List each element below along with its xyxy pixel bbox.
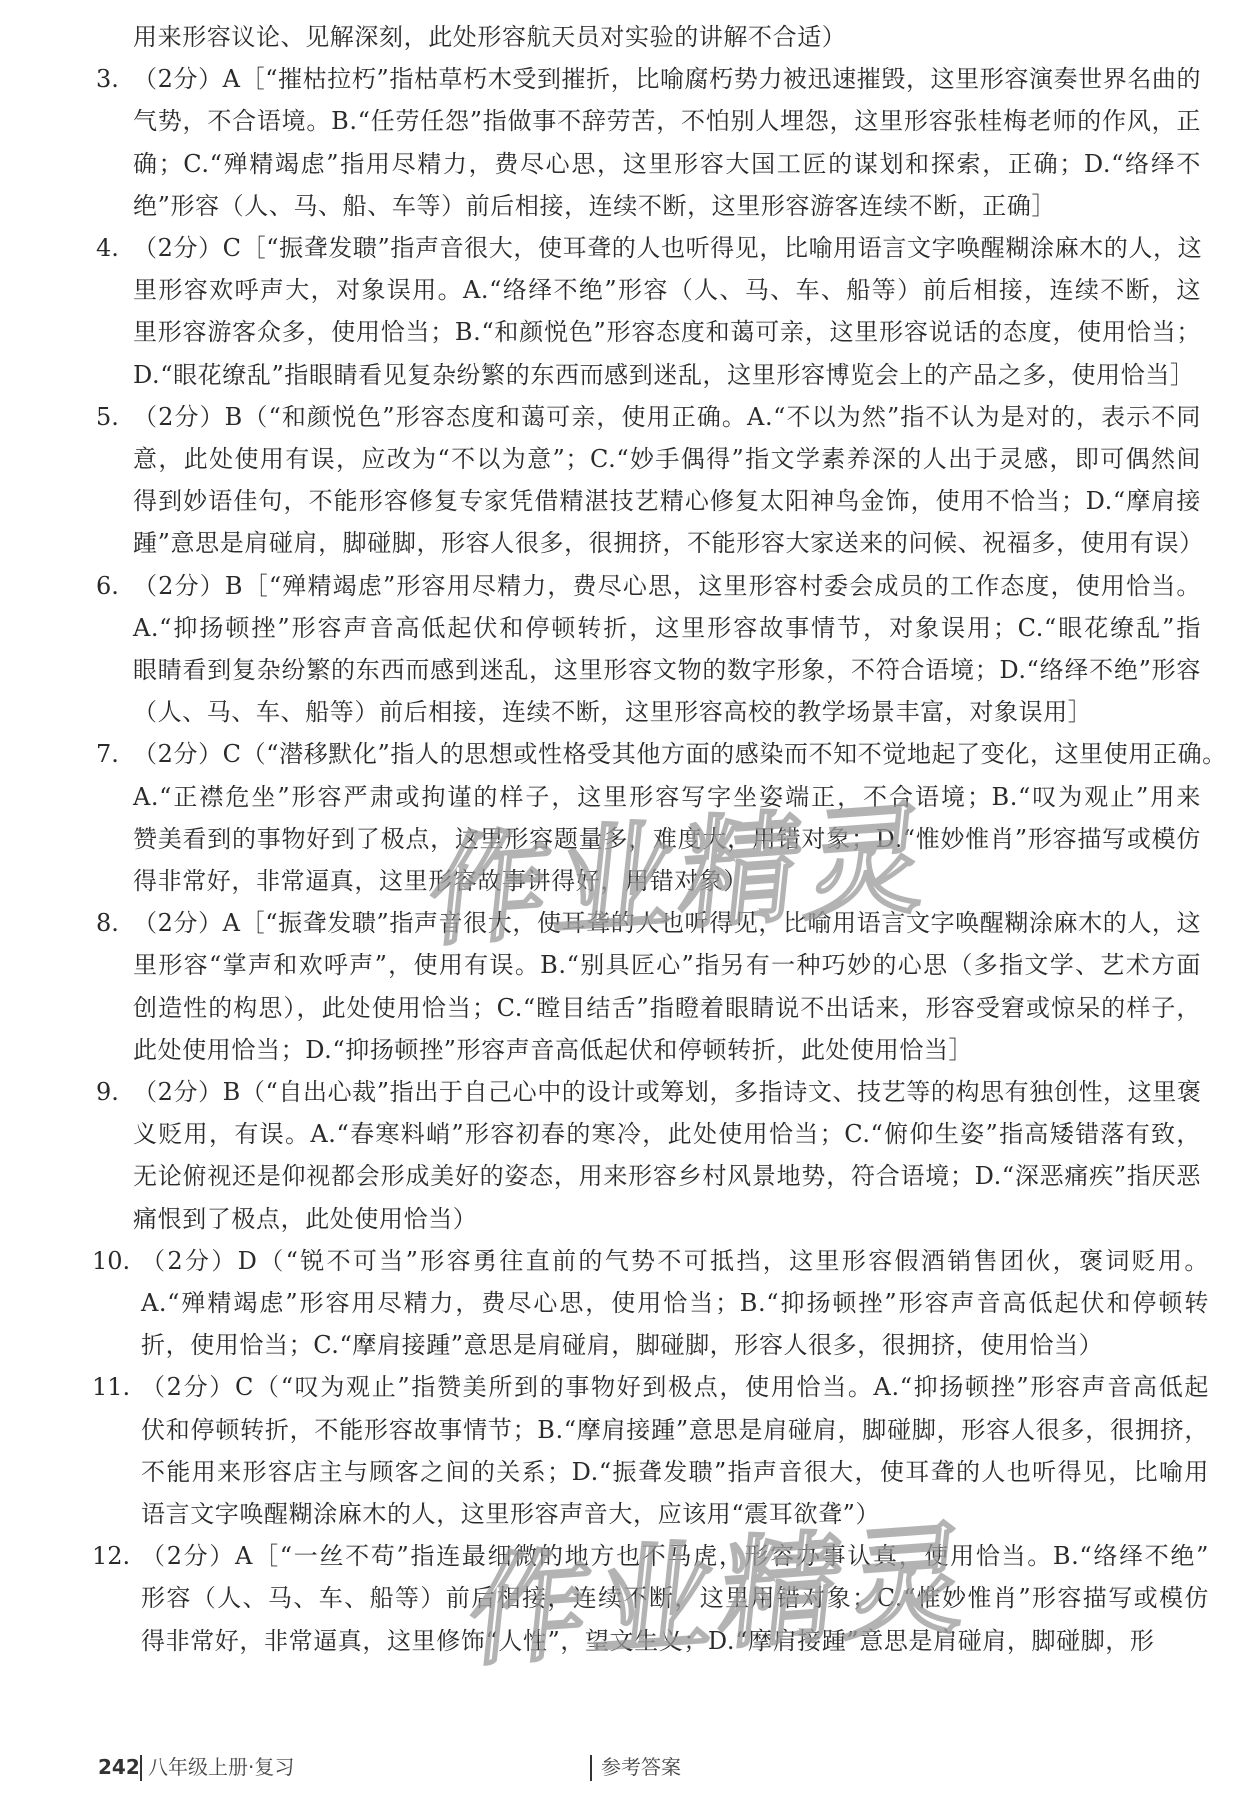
- answer-line: 赞美看到的事物好到了极点，这里形容题量多，难度大，用错对象；D.“惟妙惟肖”形容…: [133, 818, 1201, 860]
- item-number: 8.: [96, 902, 119, 944]
- item-number: 6.: [96, 565, 119, 607]
- answer-line: 里形容欢呼声大，对象误用。A.“络绎不绝”形容（人、马、车、船等）前后相接，连续…: [133, 269, 1201, 311]
- answer-line: 伏和停顿转折，不能形容故事情节；B.“摩肩接踵”意思是肩碰肩，脚碰脚，形容人很多…: [141, 1409, 1209, 1451]
- answer-line: （2分）D（“锐不可当”形容勇往直前的气势不可抵挡，这里形容假酒销售团伙，褒词贬…: [141, 1240, 1209, 1282]
- answer-line: 无论俯视还是仰视都会形成美好的姿态，用来形容乡村风景地势，符合语境；D.“深恶痛…: [133, 1155, 1201, 1197]
- answer-line: 创造性的构思），此处使用恰当；C.“瞠目结舌”指瞪着眼睛说不出话来，形容受窘或惊…: [133, 987, 1201, 1029]
- answer-line: （人、马、车、船等）前后相接，连续不断，这里形容高校的教学场景丰富，对象误用］: [133, 691, 1201, 733]
- answer-line: 眼睛看到复杂纷繁的东西而感到迷乱，这里形容文物的数字形象，不符合语境；D.“络绎…: [133, 649, 1201, 691]
- answer-line: 里形容游客众多，使用恰当；B.“和颜悦色”形容态度和蔼可亲，这里形容说话的态度，…: [133, 311, 1201, 353]
- answer-line: （2分）C（“叹为观止”指赞美所到的事物好到极点，使用恰当。A.“抑扬顿挫”形容…: [141, 1366, 1209, 1408]
- answer-line: 踵”意思是肩碰肩，脚碰脚，形容人很多，很拥挤，不能形容大家送来的问候、祝福多，使…: [133, 522, 1201, 564]
- item-number: 11.: [92, 1366, 130, 1408]
- item-number: 9.: [96, 1071, 119, 1113]
- answer-line: （2分）C［“振聋发聩”指声音很大，使耳聋的人也听得见，比喻用语言文字唤醒糊涂麻…: [133, 227, 1201, 269]
- answer-line: （2分）A［“摧枯拉朽”指枯草朽木受到摧折，比喻腐朽势力被迅速摧毁，这里形容演奏…: [133, 58, 1201, 100]
- answer-line: 确；C.“殚精竭虑”指用尽精力，费尽心思，这里形容大国工匠的谋划和探索，正确；D…: [133, 143, 1201, 185]
- item-number: 12.: [92, 1535, 130, 1577]
- item-number: 7.: [96, 733, 119, 775]
- footer-divider: [140, 1755, 142, 1781]
- answer-line: 折，使用恰当；C.“摩肩接踵”意思是肩碰肩，脚碰脚，形容人很多，很拥挤，使用恰当…: [141, 1324, 1209, 1366]
- answer-line: （2分）C（“潜移默化”指人的思想或性格受其他方面的感染而不知不觉地起了变化，这…: [133, 733, 1201, 775]
- footer-divider: [590, 1755, 592, 1781]
- answer-line: D.“眼花缭乱”指眼睛看见复杂纷繁的东西而感到迷乱，这里形容博览会上的产品之多，…: [133, 354, 1201, 396]
- answer-line: （2分）B［“殚精竭虑”形容用尽精力，费尽心思，这里形容村委会成员的工作态度，使…: [133, 565, 1201, 607]
- answer-line: 得非常好，非常逼真，这里修饰“人性”，望文生义；D.“摩肩接踵”意思是肩碰肩，脚…: [141, 1620, 1209, 1662]
- answer-line: 此处使用恰当；D.“抑扬顿挫”形容声音高低起伏和停顿转折，此处使用恰当］: [133, 1029, 1201, 1071]
- answer-line: （2分）A［“振聋发聩”指声音很大，使耳聋的人也听得见，比喻用语言文字唤醒糊涂麻…: [133, 902, 1201, 944]
- answer-line: 语言文字唤醒糊涂麻木的人，这里形容声音大，应该用“震耳欲聋”）: [141, 1493, 1209, 1535]
- answer-line: 痛恨到了极点，此处使用恰当）: [133, 1198, 1201, 1240]
- answer-line: 意，此处使用有误，应改为“不以为意”；C.“妙手偶得”指文学素养深的人出于灵感，…: [133, 438, 1201, 480]
- item-number: 4.: [96, 227, 119, 269]
- answer-line: 里形容“掌声和欢呼声”，使用有误。B.“别具匠心”指另有一种巧妙的心思（多指文学…: [133, 944, 1201, 986]
- page-number: 242: [98, 1752, 140, 1782]
- answer-line: 不能用来形容店主与顾客之间的关系；D.“振聋发聩”指声音很大，使耳聋的人也听得见…: [141, 1451, 1209, 1493]
- page-footer: 242 八年级上册·复习 参考答案: [98, 1752, 1098, 1782]
- answer-line: A.“殚精竭虑”形容用尽精力，费尽心思，使用恰当；B.“抑扬顿挫”形容声音高低起…: [141, 1282, 1209, 1324]
- answer-line: A.“正襟危坐”形容严肃或拘谨的样子，这里形容写字坐姿端正，不合语境；B.“叹为…: [133, 776, 1201, 818]
- answer-line: A.“抑扬顿挫”形容声音高低起伏和停顿转折，这里形容故事情节，对象误用；C.“眼…: [133, 607, 1201, 649]
- answer-line: 用来形容议论、见解深刻，此处形容航天员对实验的讲解不合适）: [133, 16, 1201, 58]
- item-number: 5.: [96, 396, 119, 438]
- book-title: 八年级上册·复习: [148, 1752, 294, 1782]
- answer-line: 得到妙语佳句，不能形容修复专家凭借精湛技艺精心修复太阳神鸟金饰，使用不恰当；D.…: [133, 480, 1201, 522]
- answer-line: （2分）B（“和颜悦色”形容态度和蔼可亲，使用正确。A.“不以为然”指不认为是对…: [133, 396, 1201, 438]
- answer-page: 用来形容议论、见解深刻，此处形容航天员对实验的讲解不合适）3.（2分）A［“摧枯…: [0, 0, 1250, 1814]
- item-number: 10.: [92, 1240, 130, 1282]
- answer-line: 义贬用，有误。A.“春寒料峭”形容初春的寒冷，此处使用恰当；C.“俯仰生姿”指高…: [133, 1113, 1201, 1155]
- item-number: 3.: [96, 58, 119, 100]
- answer-line: （2分）B（“自出心裁”指出于自己心中的设计或筹划，多指诗文、技艺等的构思有独创…: [133, 1071, 1201, 1113]
- answer-line: 形容（人、马、车、船等）前后相接，连续不断，这里用错对象；C.“惟妙惟肖”形容描…: [141, 1577, 1209, 1619]
- answer-line: 气势，不合语境。B.“任劳任怨”指做事不辞劳苦，不怕别人埋怨，这里形容张桂梅老师…: [133, 100, 1201, 142]
- answer-line: （2分）A［“一丝不苟”指连最细微的地方也不马虎，形容办事认真，使用恰当。B.“…: [141, 1535, 1209, 1577]
- answer-line: 绝”形容（人、马、船、车等）前后相接，连续不断，这里形容游客连续不断，正确］: [133, 185, 1201, 227]
- section-title: 参考答案: [601, 1752, 681, 1782]
- answer-line: 得非常好，非常逼真，这里形容故事讲得好，用错对象）: [133, 860, 1201, 902]
